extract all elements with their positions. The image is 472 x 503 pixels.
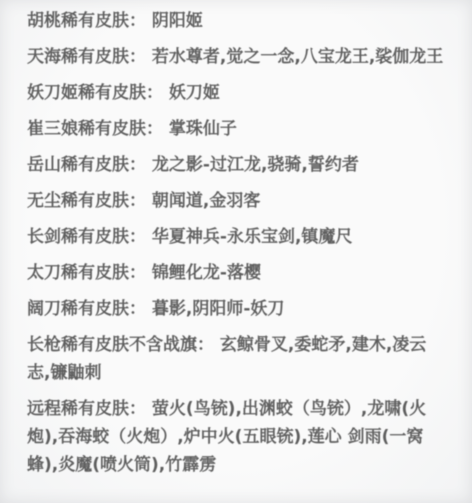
skin-line-changjian: 长剑稀有皮肤： 华夏神兵-永乐宝剑,镇魔尺: [27, 223, 447, 251]
skin-line-taidao: 太刀稀有皮肤： 锦鲤化龙-落樱: [27, 259, 447, 287]
skin-line-yueshan: 岳山稀有皮肤： 龙之影-过江龙,骁骑,誓约者: [27, 151, 447, 179]
skin-line-wuchen: 无尘稀有皮肤： 朝闻道,金羽客: [27, 187, 447, 215]
skin-line-kuodao: 阔刀稀有皮肤： 暮影,阴阳师-妖刀: [27, 295, 447, 323]
skin-line-yaodaoji: 妖刀姬稀有皮肤： 妖刀姬: [27, 79, 447, 107]
skin-line-changqiang: 长枪稀有皮肤不含战旗： 玄鲸骨叉,委蛇矛,建木,凌云志,镰鼬刺: [27, 331, 447, 387]
skin-list-page: 胡桃稀有皮肤： 阴阳姬 天海稀有皮肤： 若水尊者,觉之一念,八宝龙王,裟伽龙王 …: [0, 0, 472, 503]
skin-line-hutao: 胡桃稀有皮肤： 阴阳姬: [27, 7, 447, 35]
skin-line-tianhai: 天海稀有皮肤： 若水尊者,觉之一念,八宝龙王,裟伽龙王: [27, 43, 447, 71]
skin-list-text-block: 胡桃稀有皮肤： 阴阳姬 天海稀有皮肤： 若水尊者,觉之一念,八宝龙王,裟伽龙王 …: [27, 7, 447, 479]
skin-line-yuancheng: 远程稀有皮肤： 萤火(鸟铳),出渊蛟（鸟铳）,龙啸(火炮),吞海蛟（火炮）,炉中…: [27, 395, 447, 479]
skin-line-cuisanniang: 崔三娘稀有皮肤： 掌珠仙子: [27, 115, 447, 143]
